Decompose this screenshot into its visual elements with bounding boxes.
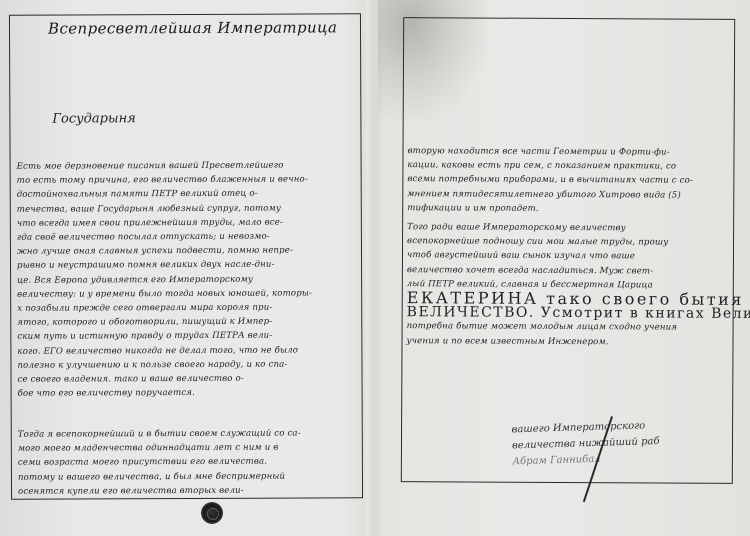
text-line: мого моего младенчества одиннадцати лет … — [18, 440, 358, 456]
letter-salutation: Государыня — [52, 111, 135, 126]
text-line: Тогда я всепокорнейший и в бытии своем с… — [18, 426, 358, 442]
text-line: ским путь и истинную правду о трудах ПЕТ… — [17, 329, 357, 345]
right-paragraph-1: вторую находится все части Геометрии и Ф… — [407, 144, 729, 217]
text-line: тификации и им пропадет. — [407, 201, 729, 217]
text-line: течества, ваше Государыня любезный супру… — [17, 201, 357, 217]
text-line: чтоб августейший ваш сынок изучал что ва… — [407, 249, 729, 265]
text-line: мнением пятидесятилетнего убитого Хитров… — [407, 187, 729, 203]
left-paragraph-1: Есть мое дерзновение писания вашей Пресв… — [17, 158, 358, 401]
text-line: жно лучше оная славныя успехи подвести, … — [17, 243, 357, 259]
signature-block: вашего Императорского величества нижайши… — [511, 416, 722, 470]
text-line: что всегда имея свои прилежнейшия труды,… — [17, 215, 357, 231]
text-line: Есть мое дерзновение писания вашей Пресв… — [17, 158, 357, 174]
text-line: гда своё величество посылал отпускать; и… — [17, 229, 357, 245]
text-line: потребна бытие может молодым лицам сходн… — [407, 320, 729, 336]
text-line: рывно и неустрашимо помня великих двух н… — [17, 258, 357, 274]
left-paragraph-2: Тогда я всепокорнейший и в бытии своем с… — [18, 426, 358, 498]
text-line: учения и по всем известным Инженером. — [406, 334, 728, 350]
text-line: то есть тому причина, его величество бла… — [17, 172, 357, 188]
left-page: Всепресветлейшая Императрица Государыня … — [9, 13, 363, 500]
text-line: полезно к улучшению и к пользе своего на… — [17, 357, 357, 373]
wax-seal-icon — [201, 502, 223, 524]
text-line: бое что его величеству поручается. — [18, 386, 358, 402]
text-line: величество хочет всегда насладиться. Муж… — [407, 263, 729, 279]
right-page: вторую находится все части Геометрии и Ф… — [401, 17, 735, 484]
text-line: достойнохвальныя памяти ПЕТР великий оте… — [17, 187, 357, 203]
text-line: се своего владения. тако и ваше величест… — [18, 371, 358, 387]
right-paragraph-2: Того ради ваше Императорскому величеству… — [406, 220, 729, 350]
text-line: величеству: и у времени было тогда новых… — [17, 286, 357, 302]
text-line: х позабыли прежде сего отвергали мира ко… — [17, 300, 357, 316]
text-line: це. Вся Европа удивляется его Императорс… — [17, 272, 357, 288]
text-line: всеми потребными приборами, и в вычитани… — [407, 173, 729, 189]
text-line: осенятся купели его величества вторых ве… — [18, 483, 358, 499]
text-line: семи возраста моего присутствии его вели… — [18, 455, 358, 471]
text-line: потому и вашего величества, и был мне бе… — [18, 469, 358, 485]
letter-heading: Всепресветлейшая Императрица — [48, 18, 337, 37]
text-line: ятого, которого и обоготворили, пишущий … — [17, 314, 357, 330]
text-line: кого. ЕГО величество никогда не делал то… — [17, 343, 357, 359]
